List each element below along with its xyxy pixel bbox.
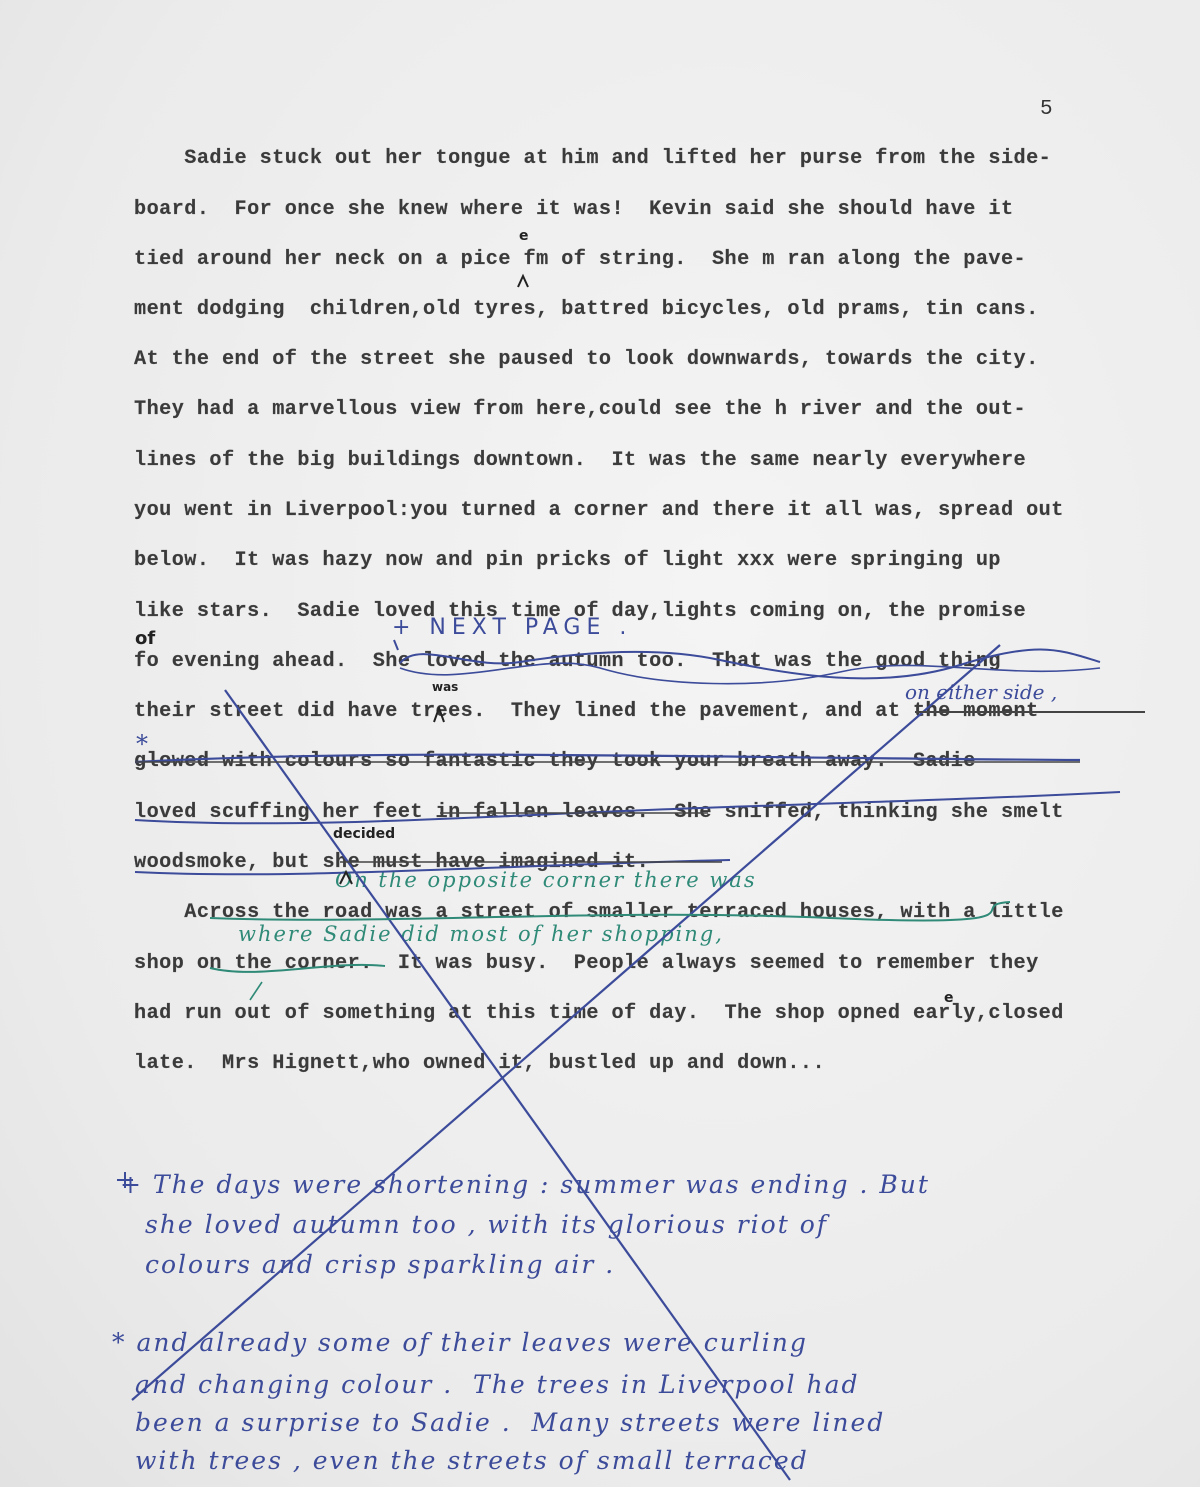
insert-was-annotation: was [432,680,458,694]
typed-line: Sadie stuck out her tongue at him and li… [134,147,1051,170]
note-line: colours and crisp sparkling air . [145,1250,615,1279]
insert-e-annotation: e [519,228,529,244]
note-line: she loved autumn too , with its glorious… [145,1210,828,1239]
caret-mark [394,640,398,650]
decided-annotation: decided [333,826,395,842]
insert-of-annotation: of [135,628,155,649]
typed-line: fo evening ahead. She loved the autumn t… [134,650,1001,673]
note-line: been a surprise to Sadie . Many streets … [135,1408,885,1437]
asterisk-mark: * [136,730,148,758]
typed-line: had run out of something at this time of… [134,1002,1064,1025]
typed-line: late. Mrs Hignett,who owned it, bustled … [134,1052,825,1075]
typed-line: At the end of the street she paused to l… [134,348,1039,371]
typed-line: shop on the corner. It was busy. People … [134,952,1039,975]
caret-mark-green [250,982,262,1000]
typed-line: glowed with colours so fantastic they to… [134,750,976,773]
typed-line: lines of the big buildings downtown. It … [134,449,1026,472]
caret-mark [518,276,528,287]
typed-line: their street did have trees. They lined … [134,700,1039,723]
typed-line: loved scuffing her feet in fallen leaves… [134,801,1064,824]
note-line: + The days were shortening : summer was … [120,1170,930,1199]
on-either-side-note: on either side , [905,680,1057,704]
note-line: * and already some of their leaves were … [112,1328,808,1357]
note-line: and changing colour . The trees in Liver… [135,1370,860,1399]
typed-line: ment dodging children,old tyres, battred… [134,298,1039,321]
typed-line: Across the road was a street of smaller … [134,901,1064,924]
typed-line: tied around her neck on a pice fm of str… [134,248,1026,271]
typed-line: below. It was hazy now and pin pricks of… [134,549,1001,572]
page-number: 5 [1040,98,1053,121]
typed-line: They had a marvellous view from here,cou… [134,398,1026,421]
typed-line: board. For once she knew where it was! K… [134,198,1014,221]
insert-e-annotation: e [944,990,954,1006]
next-page-note: + NEXT PAGE . [392,615,632,640]
green-insert-line-1: On the opposite corner there was [335,868,757,892]
green-insert-line-2: where Sadie did most of her shopping, [238,922,724,946]
note-line: with trees , even the streets of small t… [135,1446,809,1475]
typed-line: you went in Liverpool:you turned a corne… [134,499,1064,522]
